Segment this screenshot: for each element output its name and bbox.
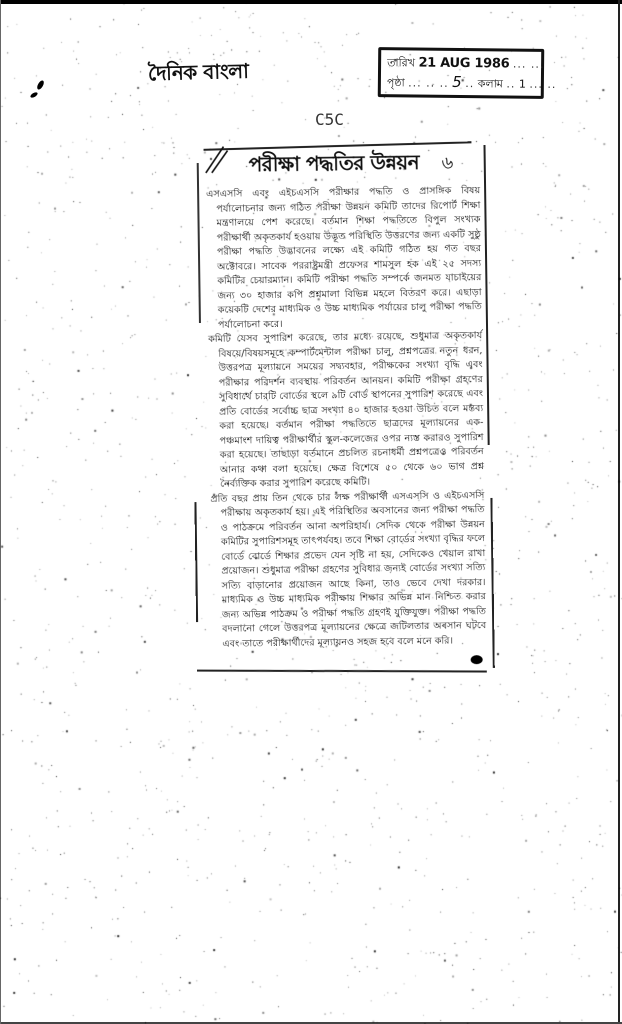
scan-border-left (0, 0, 1, 1024)
dotted-fill: ... ... (513, 58, 545, 71)
article-body: এসএসসি এবং এইচএসসি পরীক্ষার পদ্ধতি ও প্র… (202, 184, 486, 652)
ink-blot (471, 655, 483, 664)
dotted-fill: .. (506, 77, 515, 90)
date-value: 21 AUG 1986 (418, 56, 509, 72)
article-paragraph: এসএসসি এবং এইচএসসি পরীক্ষার পদ্ধতি ও প্র… (206, 184, 482, 333)
page-label: পৃষ্ঠা (387, 76, 405, 89)
scissor-cut-mark-icon (203, 145, 229, 175)
headline: পরীক্ষা পদ্ধতির উন্নয়ন ৬ (222, 147, 480, 184)
date-label: তারিখ (387, 56, 415, 69)
article-paragraph: কমিটি যেসব সুপারিশ করেছে, তার মধ্যে রয়ে… (208, 329, 484, 492)
headline-handwritten-mark: ৬ (441, 152, 453, 173)
dotted-fill: ... .. .. (408, 76, 449, 89)
clipping-edge-bottom (197, 670, 487, 673)
clipping-edge-left (197, 163, 201, 323)
column-label: কলাম (478, 77, 503, 90)
newspaper-clipping: পরীক্ষা পদ্ধতির উন্নয়ন ৬ এসএসসি এবং এইচ… (201, 143, 486, 652)
column-value: 1 (519, 78, 526, 91)
clipping-edge-right (483, 145, 489, 445)
article-paragraph: প্রতি বছর প্রায় তিন থেকে চার লক্ষ পরীক্… (210, 489, 486, 652)
scan-border-top (0, 0, 622, 4)
clipping-edge-right (490, 498, 494, 668)
dotted-fill: .. (465, 77, 474, 90)
page-value: 5 (452, 73, 462, 91)
headline-text: পরীক্ষা পদ্ধতির উন্নয়ন (249, 150, 420, 176)
date-stamp: তারিখ 21 AUG 1986 ... ... পৃষ্ঠা ... .. … (378, 47, 545, 99)
dotted-fill: ... .. (529, 78, 556, 91)
newspaper-name: দৈনিক বাংলা (148, 57, 249, 93)
ink-smudge (36, 79, 45, 90)
ink-smudge (30, 91, 39, 98)
scan-border-right (618, 0, 620, 1024)
clipping-edge-left (194, 502, 198, 622)
archive-number: C5C (315, 110, 344, 129)
